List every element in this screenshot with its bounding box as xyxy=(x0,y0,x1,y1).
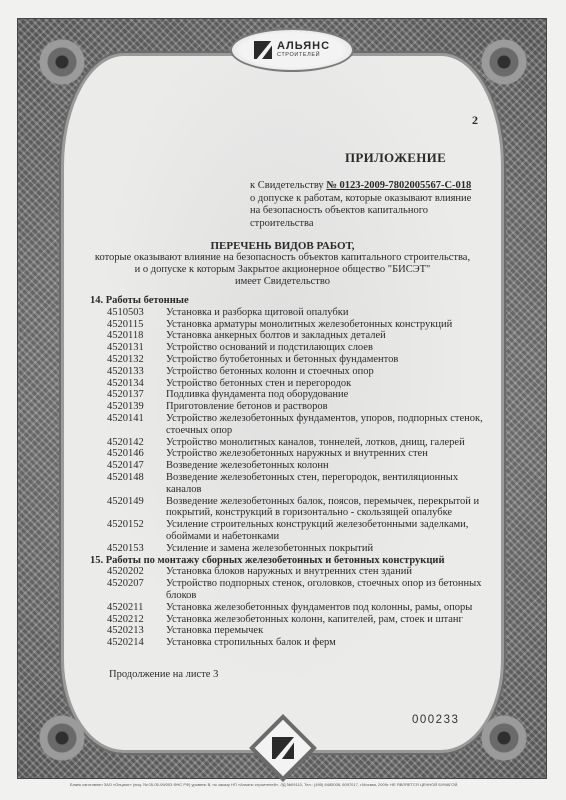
work-description: Установка перемычек xyxy=(166,625,490,637)
work-description: Устройство бетонных колонн и стоечных оп… xyxy=(166,366,490,378)
certificate-number: № 0123-2009-7802005567-С-018 xyxy=(326,180,471,191)
work-description: Установка анкерных болтов и закладных де… xyxy=(166,330,490,342)
work-item: 4520142Устройство монолитных каналов, то… xyxy=(90,437,490,449)
work-code: 4520213 xyxy=(90,625,166,637)
work-item: 4510503Установка и разборка щитовой опал… xyxy=(90,307,490,319)
work-description: Подливка фундамента под оборудование xyxy=(166,389,490,401)
work-item: 4520214Установка стропильных балок и фер… xyxy=(90,637,490,649)
work-description: Возведение железобетонных стен, перегоро… xyxy=(166,472,490,496)
work-item: 4520149Возведение железобетонных балок, … xyxy=(90,496,490,520)
work-code: 4520115 xyxy=(90,319,166,331)
work-description: Установка железобетонных фундаментов под… xyxy=(166,602,490,614)
work-code: 4520148 xyxy=(90,472,166,496)
work-description: Установка железобетонных колонн, капител… xyxy=(166,614,490,626)
continued-note: Продолжение на листе 3 xyxy=(109,669,218,680)
work-description: Устройство монолитных каналов, тоннелей,… xyxy=(166,437,490,449)
work-description: Устройство железобетонных фундаментов, у… xyxy=(166,413,490,437)
document-content: 2 ПРИЛОЖЕНИЕ к Свидетельству № 0123-2009… xyxy=(0,0,566,800)
page-number: 2 xyxy=(472,113,478,128)
work-description: Устройство подпорных стенок, оголовков, … xyxy=(166,578,490,602)
works-list-subtitle-line: имеет Свидетельство xyxy=(90,276,475,288)
work-code: 4520214 xyxy=(90,637,166,649)
work-description: Возведение железобетонных колонн xyxy=(166,460,490,472)
work-code: 4520146 xyxy=(90,448,166,460)
work-description: Установка стропильных балок и ферм xyxy=(166,637,490,649)
work-item: 4520207Устройство подпорных стенок, огол… xyxy=(90,578,490,602)
work-item: 4520211Установка железобетонных фундамен… xyxy=(90,602,490,614)
work-code: 4520132 xyxy=(90,354,166,366)
work-code: 4520147 xyxy=(90,460,166,472)
work-code: 4520139 xyxy=(90,401,166,413)
work-item: 4520146Устройство железобетонных наружны… xyxy=(90,448,490,460)
works-list-subtitle-line: которые оказывают влияние на безопасност… xyxy=(90,252,475,264)
work-code: 4520152 xyxy=(90,519,166,543)
work-description: Усиление строительных конструкций железо… xyxy=(166,519,490,543)
certificate-line: строительства xyxy=(250,218,490,231)
work-code: 4520207 xyxy=(90,578,166,602)
work-description: Устройство бутобетонных и бетонных фунда… xyxy=(166,354,490,366)
work-description: Установка арматуры монолитных железобето… xyxy=(166,319,490,331)
work-code: 4510503 xyxy=(90,307,166,319)
works-list: 14. Работы бетонные4510503Установка и ра… xyxy=(90,295,490,649)
work-item: 4520134Устройство бетонных стен и перего… xyxy=(90,378,490,390)
work-item: 4520148Возведение железобетонных стен, п… xyxy=(90,472,490,496)
work-description: Приготовление бетонов и растворов xyxy=(166,401,490,413)
work-code: 4520212 xyxy=(90,614,166,626)
work-description: Устройство железобетонных наружных и вну… xyxy=(166,448,490,460)
work-code: 4520149 xyxy=(90,496,166,520)
work-item: 4520152Усиление строительных конструкций… xyxy=(90,519,490,543)
work-item: 4520139Приготовление бетонов и растворов xyxy=(90,401,490,413)
work-item: 4520213Установка перемычек xyxy=(90,625,490,637)
section-title: 15. Работы по монтажу сборных железобето… xyxy=(90,555,490,567)
work-item: 4520212Установка железобетонных колонн, … xyxy=(90,614,490,626)
appendix-title: ПРИЛОЖЕНИЕ xyxy=(345,150,446,166)
work-code: 4520153 xyxy=(90,543,166,555)
serial-number: 000233 xyxy=(412,714,459,726)
work-item: 4520153Усиление и замена железобетонных … xyxy=(90,543,490,555)
work-item: 4520118Установка анкерных болтов и закла… xyxy=(90,330,490,342)
certificate-line: на безопасность объектов капитального xyxy=(250,205,490,218)
footer-imprint: Бланк изготовлен ЗАО «Опцион» (лиц. № 05… xyxy=(70,782,530,787)
works-list-title: ПЕРЕЧЕНЬ ВИДОВ РАБОТ, xyxy=(90,240,475,252)
work-code: 4520142 xyxy=(90,437,166,449)
work-item: 4520132Устройство бутобетонных и бетонны… xyxy=(90,354,490,366)
work-item: 4520202Установка блоков наружных и внутр… xyxy=(90,566,490,578)
work-code: 4520133 xyxy=(90,366,166,378)
work-item: 4520131Устройство оснований и подстилающ… xyxy=(90,342,490,354)
work-item: 4520137Подливка фундамента под оборудова… xyxy=(90,389,490,401)
work-code: 4520211 xyxy=(90,602,166,614)
work-description: Усиление и замена железобетонных покрыти… xyxy=(166,543,490,555)
certificate-prefix: к Свидетельству xyxy=(250,180,324,191)
work-description: Установка блоков наружных и внутренних с… xyxy=(166,566,490,578)
work-item: 4520133Устройство бетонных колонн и стое… xyxy=(90,366,490,378)
work-code: 4520141 xyxy=(90,413,166,437)
work-code: 4520202 xyxy=(90,566,166,578)
work-description: Устройство бетонных стен и перегородок xyxy=(166,378,490,390)
work-code: 4520137 xyxy=(90,389,166,401)
works-list-heading: ПЕРЕЧЕНЬ ВИДОВ РАБОТ, которые оказывают … xyxy=(90,240,475,288)
work-description: Устройство оснований и подстилающих слое… xyxy=(166,342,490,354)
work-item: 4520147Возведение железобетонных колонн xyxy=(90,460,490,472)
certificate-line: о допуске к работам, которые оказывают в… xyxy=(250,193,490,206)
section-title: 14. Работы бетонные xyxy=(90,295,490,307)
work-description: Установка и разборка щитовой опалубки xyxy=(166,307,490,319)
works-list-subtitle-line: и о допуске к которым Закрытое акционерн… xyxy=(90,264,475,276)
work-code: 4520134 xyxy=(90,378,166,390)
certificate-reference: к Свидетельству № 0123-2009-7802005567-С… xyxy=(250,180,490,230)
work-item: 4520115Установка арматуры монолитных жел… xyxy=(90,319,490,331)
work-description: Возведение железобетонных балок, поясов,… xyxy=(166,496,490,520)
work-code: 4520131 xyxy=(90,342,166,354)
work-code: 4520118 xyxy=(90,330,166,342)
work-item: 4520141Устройство железобетонных фундаме… xyxy=(90,413,490,437)
